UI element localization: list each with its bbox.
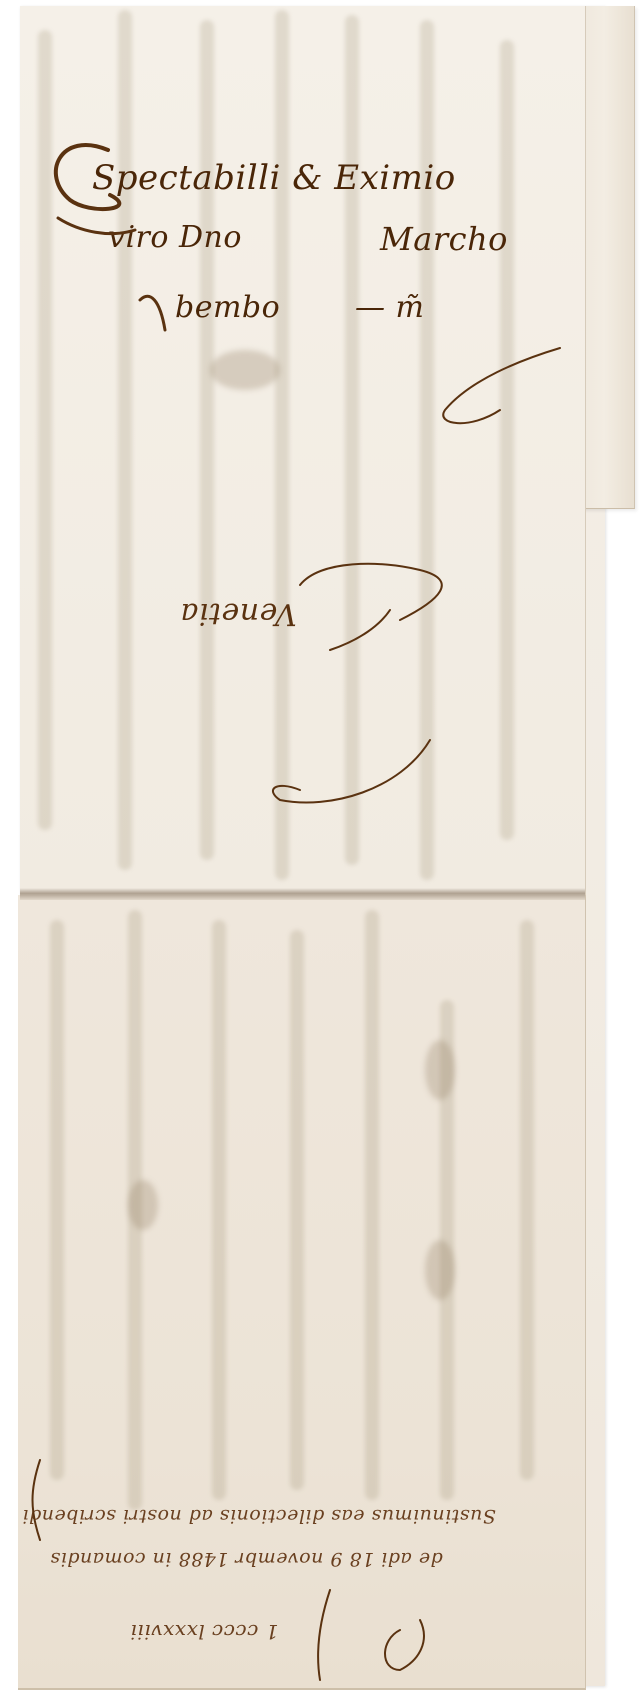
- address-line-3-left: bembo: [175, 290, 280, 325]
- docket-line-2: de adi 18 9 novembr 1488 in comandis: [50, 1548, 443, 1570]
- fold-crease: [20, 888, 585, 900]
- address-line-2-right: Marcho: [380, 220, 508, 258]
- address-line-1: Spectabilli & Eximio: [92, 158, 456, 198]
- address-line-3-right: — m̃: [355, 290, 424, 325]
- document-scan: Spectabilli & Eximio viro Dno Marcho bem…: [0, 0, 642, 1690]
- address-line-2-left: viro Dno: [108, 220, 242, 255]
- docket-line-1: Sustinuimus eas dilectionis ad nostri sc…: [22, 1505, 496, 1527]
- docket-line-3: 1 cccc lxxxviii: [130, 1620, 278, 1644]
- destination-venetia: Venetia: [180, 596, 297, 631]
